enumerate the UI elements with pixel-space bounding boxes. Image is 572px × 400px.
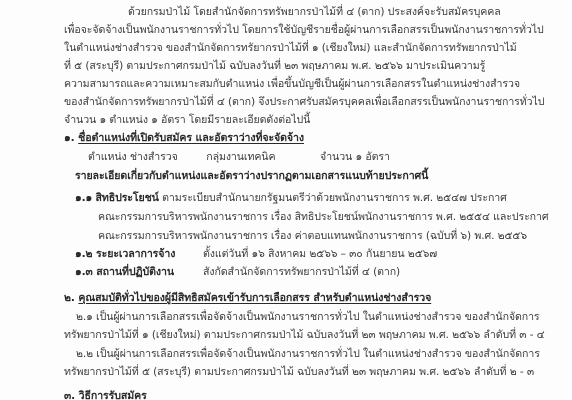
item-1-1-line-2: คณะกรรมการบริหารพนักงานราชการ เรื่อง สิท… xyxy=(98,209,548,225)
document-page: ด้วยกรมป่าไม้ โดยสำนักจัดการทรัพยากรป่าไ… xyxy=(0,0,572,400)
position-count: จำนวน ๑ อัตรา xyxy=(320,151,390,163)
intro-line-7: จำนวน ๑ ตำแหน่ง ๑ อัตรา โดยมีรายละเอียดด… xyxy=(64,112,310,128)
section-1-number: ๑. xyxy=(64,132,75,144)
section-3-title: วิธีการรับสมัคร xyxy=(79,390,147,400)
section-2-heading: ๒. คุณสมบัติทั่วไปของผู้มีสิทธิสมัครเข้า… xyxy=(64,290,431,306)
details-note: รายละเอียดเกี่ยวกับตำแหน่งและอัตราว่างปร… xyxy=(75,168,428,184)
position-row: ตำแหน่ง ช่างสำรวจ กลุ่มงานเทคนิค จำนวน ๑… xyxy=(88,149,390,165)
item-1-2-number: ๑.๒ xyxy=(75,248,92,260)
item-1-3-label: สถานที่ปฏิบัติงาน xyxy=(96,266,174,278)
intro-line-1: ด้วยกรมป่าไม้ โดยสำนักจัดการทรัพยากรป่าไ… xyxy=(128,4,501,20)
section-2-number: ๒. xyxy=(64,292,75,304)
item-1-3: ๑.๓ สถานที่ปฏิบัติงาน สังกัดสำนักจัดการท… xyxy=(75,264,400,280)
item-1-1-line-3: คณะกรรมการบริหารพนักงานราชการ เรื่อง ค่า… xyxy=(98,228,527,244)
item-1-2-label: ระยะเวลาการจ้าง xyxy=(96,248,175,260)
item-1-1-line-1: ๑.๑ สิทธิประโยชน์ ตามระเบียบสำนักนายกรัฐ… xyxy=(75,190,507,206)
item-1-1-text-1: ตามระเบียบสำนักนายกรัฐมนตรีว่าด้วยพนักงา… xyxy=(162,192,507,204)
intro-line-4: ที่ ๕ (สระบุรี) ตามประกาศกรมป่าไม้ ฉบับล… xyxy=(64,58,485,74)
item-1-1-label: สิทธิประโยชน์ xyxy=(95,192,158,204)
item-1-3-number: ๑.๓ xyxy=(75,266,93,278)
item-2-1-line-1: ๒.๑ เป็นผู้ผ่านการเลือกสรรเพื่อจัดจ้างเป… xyxy=(76,309,540,325)
section-3-number: ๓. xyxy=(64,390,75,400)
item-1-3-label-wrap: ๑.๓ สถานที่ปฏิบัติงาน xyxy=(75,264,203,280)
intro-line-6: ของสำนักจัดการทรัพยากรป่าไม้ที่ ๔ (ตาก) … xyxy=(64,94,544,110)
section-1-heading: ๑. ชื่อตำแหน่งที่เปิดรับสมัคร และอัตราว่… xyxy=(64,130,304,146)
item-2-1-line-2: ทรัพยากรป่าไม้ที่ ๑ (เชียงใหม่) ตามประกา… xyxy=(64,327,545,343)
intro-line-2: เพื่อจะจัดจ้างเป็นพนักงานราชการทั่วไป โด… xyxy=(64,22,544,38)
section-1-title: ชื่อตำแหน่งที่เปิดรับสมัคร และอัตราว่างท… xyxy=(78,132,304,144)
item-2-2-line-2: ทรัพยากรป่าไม้ที่ ๕ (สระบุรี) ตามประกาศก… xyxy=(64,364,534,380)
intro-line-3: ในตำแหน่งช่างสำรวจ ของสำนักจัดการทรัยากร… xyxy=(64,40,517,56)
item-2-2-line-1: ๒.๒ เป็นผู้ผ่านการเลือกสรรเพื่อจัดจ้างเป… xyxy=(76,346,540,362)
item-1-2-value: ตั้งแต่วันที่ ๑๖ สิงหาคม ๒๕๖๖ – ๓๐ กันยา… xyxy=(203,248,437,260)
section-3-heading: ๓. วิธีการรับสมัคร xyxy=(64,388,147,400)
section-2-title: คุณสมบัติทั่วไปของผู้มีสิทธิสมัครเข้ารับ… xyxy=(78,292,431,304)
position-group: กลุ่มงานเทคนิค xyxy=(206,151,275,163)
position-title: ตำแหน่ง ช่างสำรวจ xyxy=(88,151,178,163)
item-1-1-number: ๑.๑ xyxy=(75,192,92,204)
intro-line-5: ความสามารถและความเหมาะสมกับตำแหน่ง เพื่อ… xyxy=(64,76,520,92)
item-1-2: ๑.๒ ระยะเวลาการจ้าง ตั้งแต่วันที่ ๑๖ สิง… xyxy=(75,246,437,262)
item-1-2-label-wrap: ๑.๒ ระยะเวลาการจ้าง xyxy=(75,246,203,262)
item-1-3-value: สังกัดสำนักจัดการทรัพยากรป่าไม้ที่ ๔ (ตา… xyxy=(203,266,400,278)
